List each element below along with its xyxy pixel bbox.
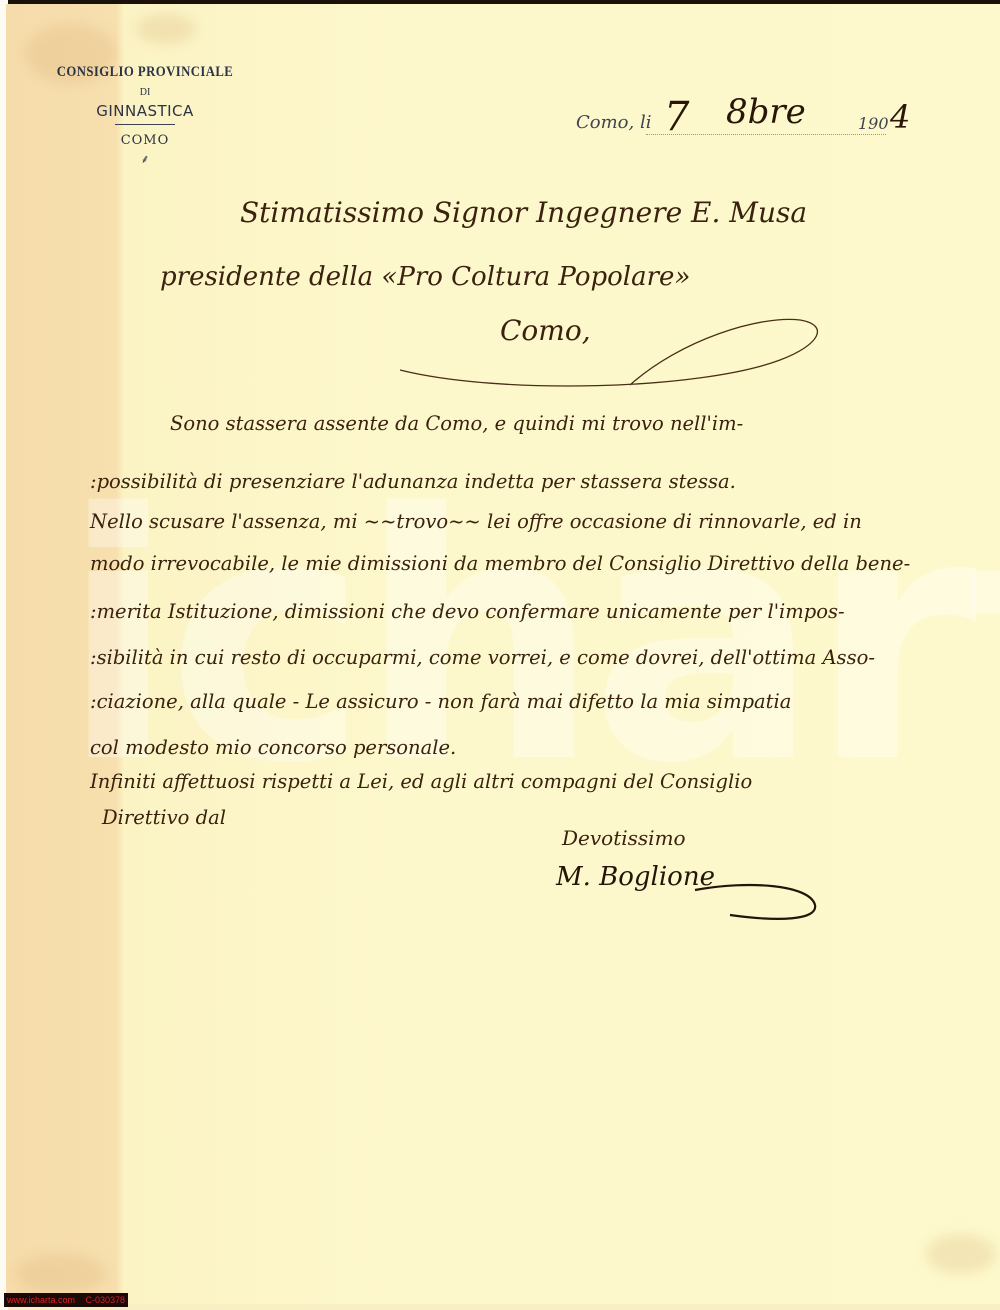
signature-flourish xyxy=(690,870,830,930)
salutation-flourish xyxy=(380,300,840,390)
letterhead-city: COMO xyxy=(40,133,250,148)
dateline-day: 7 xyxy=(664,94,689,140)
body-line: modo irrevocabile, le mie dimissioni da … xyxy=(90,552,910,575)
body-line: :merita Istituzione, dimissioni che devo… xyxy=(90,600,845,623)
paper-stain xyxy=(926,1234,996,1274)
body-line: Nello scusare l'assenza, mi ~~trovo~~ le… xyxy=(90,510,862,533)
body-line: :ciazione, alla quale - Le assicuro - no… xyxy=(90,690,791,713)
source-tag: www.icharta.com C-030378 xyxy=(4,1293,128,1307)
body-line: :possibilità di presenziare l'adunanza i… xyxy=(90,470,736,493)
dateline-place: Como, li xyxy=(576,112,651,133)
paper-stain xyxy=(16,1254,106,1294)
letterhead: CONSIGLIO PROVINCIALE DI GINNASTICA COMO… xyxy=(40,64,250,167)
body-line: col modesto mio concorso personale. xyxy=(90,736,456,759)
body-line: Sono stassera assente da Como, e quindi … xyxy=(170,412,743,435)
dateline-year-printed: 190 xyxy=(858,114,889,133)
dateline: Como, li 7 8bre 190 4 xyxy=(576,104,976,144)
letterhead-discipline: GINNASTICA xyxy=(40,102,250,120)
dateline-year-handwritten: 4 xyxy=(890,98,910,136)
valediction: Devotissimo xyxy=(562,826,686,850)
paper-stain xyxy=(136,14,196,44)
letterhead-preposition: DI xyxy=(40,87,250,98)
salutation-addressee: Stimatissimo Signor Ingegnere E. Musa xyxy=(240,196,807,229)
source-code: C-030378 xyxy=(85,1293,125,1307)
body-line: :sibilità in cui resto di occuparmi, com… xyxy=(90,646,875,669)
ornament-icon: ⸙ xyxy=(40,150,250,167)
salutation-title: presidente della «Pro Coltura Popolare» xyxy=(160,262,690,292)
body-line: Infiniti affettuosi rispetti a Lei, ed a… xyxy=(90,770,752,793)
letterhead-divider xyxy=(115,124,175,125)
letterhead-organization: CONSIGLIO PROVINCIALE xyxy=(56,64,235,81)
body-line: Direttivo dal xyxy=(102,806,226,829)
source-site: www.icharta.com xyxy=(7,1293,75,1307)
dateline-month: 8bre xyxy=(726,92,806,132)
